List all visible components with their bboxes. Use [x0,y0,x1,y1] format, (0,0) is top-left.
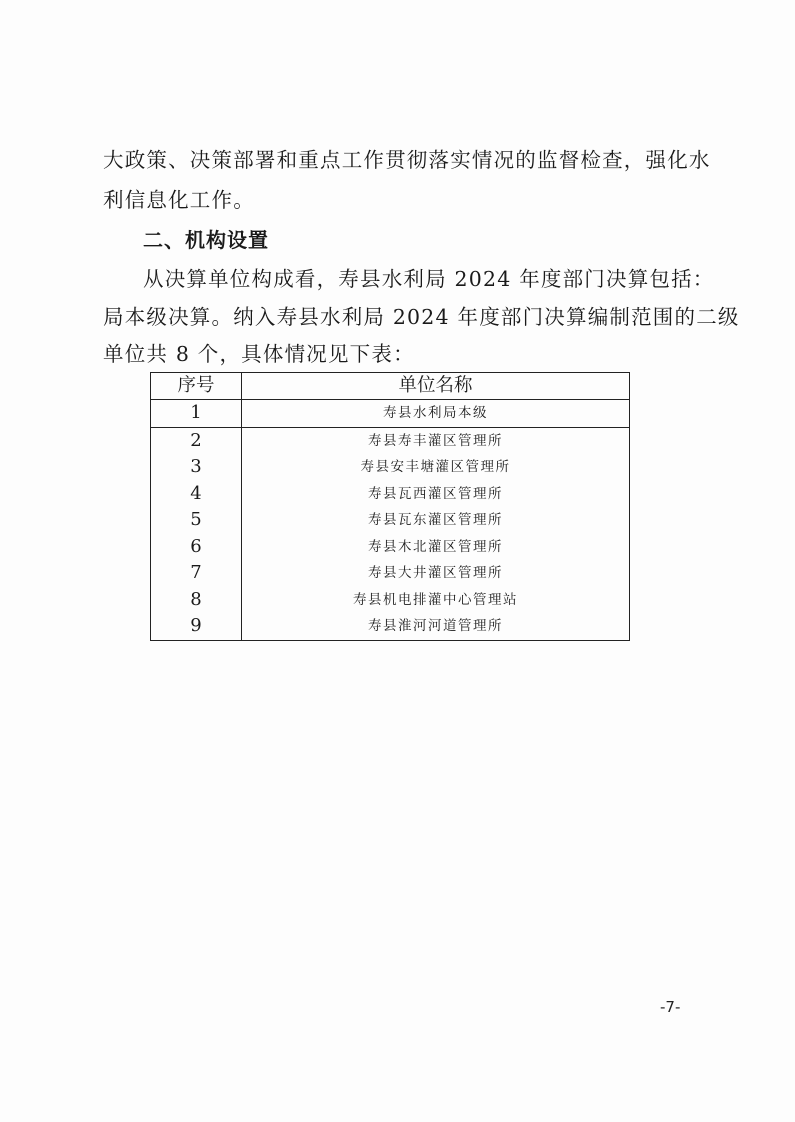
page-number: -7- [660,998,680,1016]
row-serial-number: 2 [151,427,242,454]
row-unit-name: 寿县机电排灌中心管理站 [242,587,630,614]
table-header-row: 序号 单位名称 [151,373,630,400]
document-page: 大政策、决策部署和重点工作贯彻落实情况的监督检查，强化水 利信息化工作。 二、机… [0,0,795,1122]
row-unit-name: 寿县淮河河道管理所 [242,613,630,640]
header-unit-name: 单位名称 [242,373,630,400]
row-unit-name: 寿县寿丰灌区管理所 [242,427,630,454]
row-unit-name: 寿县水利局本级 [242,400,630,428]
row-unit-name: 寿县安丰塘灌区管理所 [242,454,630,481]
row-serial-number: 4 [151,481,242,508]
row-unit-name: 寿县木北灌区管理所 [242,534,630,561]
header-serial-number: 序号 [151,373,242,400]
section-paragraph-line-2: 局本级决算。纳入寿县水利局 2024 年度部门决算编制范围的二级 [103,303,740,331]
row-serial-number: 8 [151,587,242,614]
units-table: 序号 单位名称 1 寿县水利局本级 2 寿县寿丰灌区管理所 3 寿县安丰塘灌区管… [150,372,630,641]
table-row: 3 寿县安丰塘灌区管理所 [151,454,630,481]
row-serial-number: 9 [151,613,242,640]
table-row: 7 寿县大井灌区管理所 [151,560,630,587]
paragraph-continued-line-2: 利信息化工作。 [103,186,255,214]
table-row: 1 寿县水利局本级 [151,400,630,428]
paragraph-continued-line-1: 大政策、决策部署和重点工作贯彻落实情况的监督检查，强化水 [103,146,711,174]
table-row: 4 寿县瓦西灌区管理所 [151,481,630,508]
table-row: 6 寿县木北灌区管理所 [151,534,630,561]
row-serial-number: 6 [151,534,242,561]
row-unit-name: 寿县瓦东灌区管理所 [242,507,630,534]
table-row: 9 寿县淮河河道管理所 [151,613,630,640]
table-row: 5 寿县瓦东灌区管理所 [151,507,630,534]
row-serial-number: 5 [151,507,242,534]
row-unit-name: 寿县大井灌区管理所 [242,560,630,587]
section-paragraph-line-3: 单位共 8 个，具体情况见下表： [103,340,415,368]
row-unit-name: 寿县瓦西灌区管理所 [242,481,630,508]
table-row: 8 寿县机电排灌中心管理站 [151,587,630,614]
table-row: 2 寿县寿丰灌区管理所 [151,427,630,454]
row-serial-number: 3 [151,454,242,481]
section-paragraph-line-1: 从决算单位构成看，寿县水利局 2024 年度部门决算包括： [143,265,715,293]
section-heading: 二、机构设置 [143,226,269,254]
row-serial-number: 7 [151,560,242,587]
row-serial-number: 1 [151,400,242,428]
